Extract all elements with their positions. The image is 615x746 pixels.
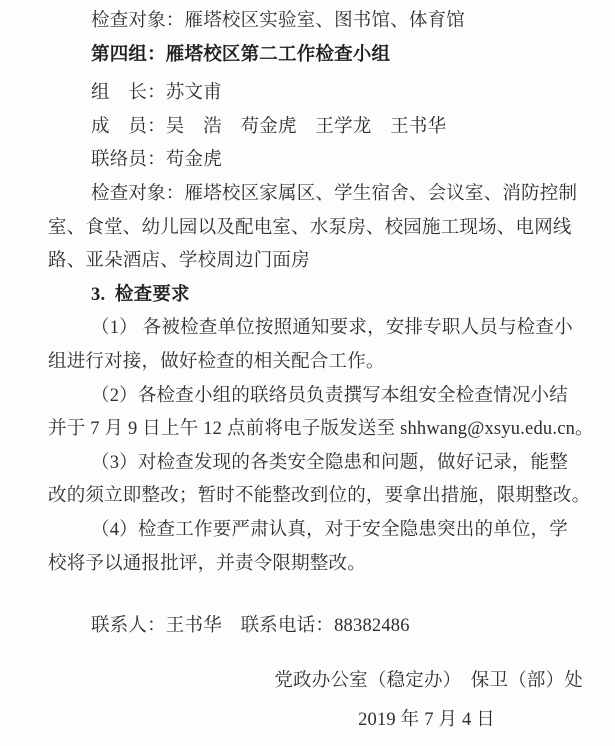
- contact-line: 联系人：王书华 联系电话：88382486: [48, 610, 595, 644]
- requirement-2-line-1: （2）各检查小组的联络员负责撰写本组安全检查情况小结: [48, 380, 595, 414]
- requirement-1-line-2: 组进行对接，做好检查的相关配合工作。: [48, 346, 595, 380]
- signature-department: 党政办公室（稳定办） 保卫（部）处: [48, 665, 595, 699]
- requirement-3-line-1: （3）对检查发现的各类安全隐患和问题，做好记录，能整: [48, 447, 595, 481]
- group3-targets-line: 检查对象：雁塔校区实验室、图书馆、体育馆: [48, 5, 595, 39]
- group4-members-line: 成 员：吴 浩 苟金虎 王学龙 王书华: [48, 111, 595, 145]
- requirement-4-line-2: 校将予以通报批评，并责令限期整改。: [48, 548, 595, 582]
- group4-heading: 第四组：雁塔校区第二工作检查小组: [48, 39, 595, 73]
- group4-targets-line-3: 路、亚朵酒店、学校周边门面房: [48, 245, 595, 279]
- requirement-1-line-1: （1） 各被检查单位按照通知要求，安排专职人员与检查小: [48, 312, 595, 346]
- requirement-4-line-1: （4）检查工作要严肃认真，对于安全隐患突出的单位，学: [48, 514, 595, 548]
- requirement-3-line-2: 改的须立即整改；暂时不能整改到位的，要拿出措施，限期整改。: [48, 480, 595, 514]
- group4-liaison-line: 联络员：苟金虎: [48, 144, 595, 178]
- section3-heading: 3. 检查要求: [48, 279, 595, 313]
- group4-leader-line: 组 长：苏文甫: [48, 77, 595, 111]
- signature-date: 2019 年 7 月 4 日: [48, 704, 595, 738]
- group4-targets-line-2: 室、食堂、幼儿园以及配电室、水泵房、校园施工现场、电网线: [48, 212, 595, 246]
- requirement-2-line-2: 并于 7 月 9 日上午 12 点前将电子版发送至 shhwang@xsyu.e…: [48, 413, 595, 447]
- group4-targets-line-1: 检查对象：雁塔校区家属区、学生宿舍、会议室、消防控制: [48, 178, 595, 212]
- document-page: 检查对象：雁塔校区实验室、图书馆、体育馆 第四组：雁塔校区第二工作检查小组 组 …: [0, 0, 615, 746]
